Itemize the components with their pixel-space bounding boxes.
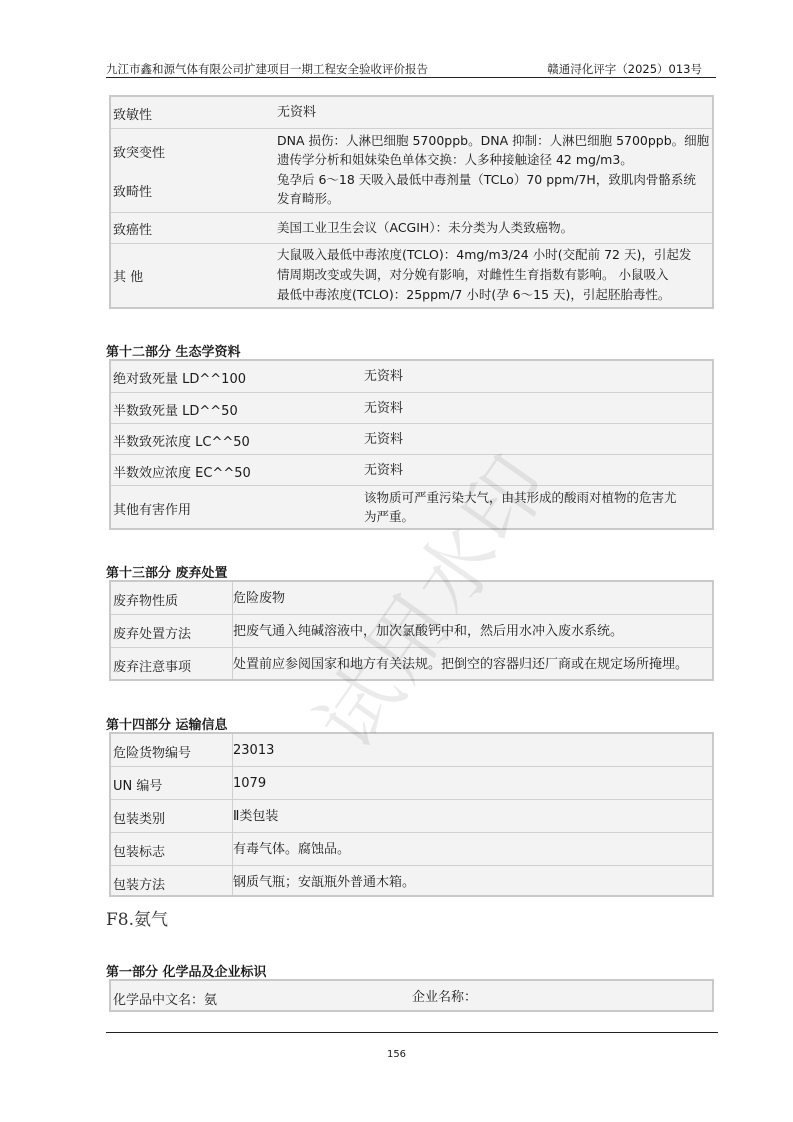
row-label: 包装类别 bbox=[113, 808, 165, 827]
table-row: 其他有害作用 该物质可严重污染大气，由其形成的酸雨对植物的危害尤 为严重。 bbox=[111, 486, 712, 530]
row-value: 无资料 bbox=[364, 399, 403, 418]
row-label: 致敏性 bbox=[113, 104, 152, 123]
row-value: 美国工业卫生会议（ACGIH）：未分类为人类致癌物。 bbox=[277, 218, 573, 237]
row-value: 危险废物 bbox=[233, 589, 285, 608]
company-name: 企业名称： bbox=[412, 988, 477, 1007]
row-value: 把废气通入纯碱溶液中，加次氯酸钙中和，然后用水冲入废水系统。 bbox=[233, 622, 623, 641]
chemical-name: 化学品中文名：氨 bbox=[113, 989, 217, 1008]
row-label: 废弃处置方法 bbox=[113, 623, 191, 642]
section-1-title: 第一部分 化学品及企业标识 bbox=[106, 961, 267, 980]
identification-table: 化学品中文名：氨 企业名称： bbox=[109, 979, 714, 1012]
row-label: 其 他 bbox=[113, 266, 143, 285]
row-value: 1079 bbox=[233, 774, 266, 793]
row-value: 无资料 bbox=[364, 461, 403, 480]
table-row: UN 编号 1079 bbox=[111, 767, 712, 800]
table-row: 半数致死浓度 LC^^50 无资料 bbox=[111, 424, 712, 455]
row-label: 包装标志 bbox=[113, 841, 165, 860]
row-value: 该物质可严重污染大气，由其形成的酸雨对植物的危害尤 bbox=[364, 488, 677, 507]
appendix-heading: F8.氨气 bbox=[106, 905, 168, 930]
table-row: 致突变性 DNA 损伤：人淋巴细胞 5700ppb。DNA 抑制：人淋巴细胞 5… bbox=[111, 129, 712, 213]
table-row: 废弃物性质 危险废物 bbox=[111, 582, 712, 615]
document-number: 赣通浔化评字（2025）013号 bbox=[547, 62, 702, 76]
table-row: 废弃注意事项 处置前应参阅国家和地方有关法规。把倒空的容器归还厂商或在规定场所掩… bbox=[111, 648, 712, 681]
row-label: 致畸性 bbox=[113, 181, 152, 200]
ecology-table: 绝对致死量 LD^^100 无资料 半数致死量 LD^^50 无资料 半数致死浓… bbox=[109, 359, 714, 530]
row-value: 无资料 bbox=[277, 103, 316, 122]
report-title: 九江市鑫和源气体有限公司扩建项目一期工程安全验收评价报告 bbox=[106, 62, 428, 76]
table-row: 废弃处置方法 把废气通入纯碱溶液中，加次氯酸钙中和，然后用水冲入废水系统。 bbox=[111, 615, 712, 648]
row-value: 钢质气瓶；安瓿瓶外普通木箱。 bbox=[233, 873, 415, 892]
page-header: 九江市鑫和源气体有限公司扩建项目一期工程安全验收评价报告 赣通浔化评字（2025… bbox=[106, 62, 716, 78]
row-value: 23013 bbox=[233, 741, 274, 760]
table-row: 其 他 大鼠吸入最低中毒浓度(TCLO)：4mg/m3/24 小时(交配前 72… bbox=[111, 244, 712, 308]
row-value: DNA 损伤：人淋巴细胞 5700ppb。DNA 抑制：人淋巴细胞 5700pp… bbox=[277, 131, 709, 150]
row-label: 危险货物编号 bbox=[113, 742, 191, 761]
table-row: 半数效应浓度 EC^^50 无资料 bbox=[111, 455, 712, 486]
row-label: 废弃注意事项 bbox=[113, 656, 191, 675]
row-value: 无资料 bbox=[364, 367, 403, 386]
row-label: 包装方法 bbox=[113, 874, 165, 893]
row-label: 废弃物性质 bbox=[113, 590, 178, 609]
row-value: 为严重。 bbox=[364, 507, 414, 526]
page-number: 156 bbox=[0, 1049, 793, 1060]
row-value: 无资料 bbox=[364, 430, 403, 449]
row-value: 兔孕后 6～18 天吸入最低中毒剂量（TCLo）70 ppm/7H，致肌肉骨骼系… bbox=[277, 170, 696, 189]
table-row: 包装方法 钢质气瓶；安瓿瓶外普通木箱。 bbox=[111, 866, 712, 899]
row-value: 有毒气体。腐蚀品。 bbox=[233, 840, 350, 859]
row-value: 情周期改变或失调，对分娩有影响，对雌性生育指数有影响。 小鼠吸入 bbox=[277, 265, 668, 284]
row-value: 遗传学分析和姐妹染色单体交换：人多种接触途径 42 mg/m3。 bbox=[277, 150, 633, 169]
row-value: 处置前应参阅国家和地方有关法规。把倒空的容器归还厂商或在规定场所掩埋。 bbox=[233, 655, 688, 674]
footer-divider bbox=[106, 1032, 718, 1033]
table-row: 致癌性 美国工业卫生会议（ACGIH）：未分类为人类致癌物。 bbox=[111, 213, 712, 244]
table-row: 致敏性 无资料 bbox=[111, 97, 712, 129]
section-12-title: 第十二部分 生态学资料 bbox=[106, 341, 241, 360]
row-value: 大鼠吸入最低中毒浓度(TCLO)：4mg/m3/24 小时(交配前 72 天)，… bbox=[277, 245, 691, 264]
row-label: 半数效应浓度 EC^^50 bbox=[113, 462, 251, 481]
transport-table: 危险货物编号 23013 UN 编号 1079 包装类别 Ⅱ类包装 包装标志 有… bbox=[109, 732, 714, 897]
row-label: 致癌性 bbox=[113, 219, 152, 238]
row-label: 致突变性 bbox=[113, 142, 165, 161]
table-row: 包装类别 Ⅱ类包装 bbox=[111, 800, 712, 833]
section-13-title: 第十三部分 废弃处置 bbox=[106, 562, 228, 581]
table-row: 危险货物编号 23013 bbox=[111, 734, 712, 767]
table-row: 包装标志 有毒气体。腐蚀品。 bbox=[111, 833, 712, 866]
disposal-table: 废弃物性质 危险废物 废弃处置方法 把废气通入纯碱溶液中，加次氯酸钙中和，然后用… bbox=[109, 580, 714, 681]
row-label: 半数致死浓度 LC^^50 bbox=[113, 431, 250, 450]
row-value: 发育畸形。 bbox=[277, 189, 340, 208]
row-label: 半数致死量 LD^^50 bbox=[113, 400, 238, 419]
row-label: 其他有害作用 bbox=[113, 499, 191, 518]
table-row: 半数致死量 LD^^50 无资料 bbox=[111, 393, 712, 424]
table-row: 化学品中文名：氨 企业名称： bbox=[111, 981, 712, 1010]
section-14-title: 第十四部分 运输信息 bbox=[106, 714, 228, 733]
row-label: 绝对致死量 LD^^100 bbox=[113, 368, 246, 387]
row-value: 最低中毒浓度(TCLO)：25ppm/7 小时(孕 6～15 天)，引起胚胎毒性… bbox=[277, 285, 670, 304]
toxicity-table: 致敏性 无资料 致突变性 DNA 损伤：人淋巴细胞 5700ppb。DNA 抑制… bbox=[109, 95, 714, 309]
table-row: 绝对致死量 LD^^100 无资料 bbox=[111, 361, 712, 393]
row-value: Ⅱ类包装 bbox=[233, 807, 278, 826]
row-label: UN 编号 bbox=[113, 775, 162, 794]
